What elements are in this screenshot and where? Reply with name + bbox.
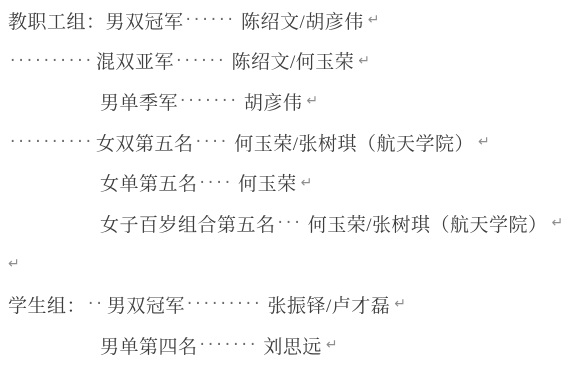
event-name: 女双第五名: [96, 129, 194, 156]
dot-leader: ······: [176, 51, 226, 71]
winner-names: 陈绍文/何玉荣: [232, 47, 355, 74]
result-line-faculty-mixed-doubles: ·········· 混双亚军 ······ 陈绍文/何玉荣 ↵: [8, 41, 579, 82]
event-name: 男双冠军: [107, 291, 185, 318]
paragraph-mark-icon: ↵: [326, 337, 338, 353]
result-line-faculty-womens-singles: 女单第五名 ···· 何玉荣 ↵: [8, 162, 579, 203]
paragraph-mark-icon: ↵: [368, 12, 380, 28]
event-name: 男单季军: [100, 88, 178, 115]
paragraph-mark-icon: ↵: [552, 215, 564, 231]
leading-dots: ··········: [10, 132, 94, 152]
winner-names: 刘思远: [263, 332, 322, 359]
group-label: 教职工组：: [8, 7, 106, 34]
dot-leader: ·······: [180, 91, 239, 111]
result-line-faculty-womens-combo: 女子百岁组合第五名 ··· 何玉荣/张树琪（航天学院） ↵: [8, 203, 579, 244]
winner-names: 张振铎/卢才磊: [267, 291, 390, 318]
paragraph-mark-icon: ↵: [478, 134, 490, 150]
event-name: 女单第五名: [100, 169, 198, 196]
winner-names: 何玉荣: [238, 169, 297, 196]
document-page[interactable]: 教职工组： 男双冠军 ······ 陈绍文/胡彦伟 ↵ ·········· 混…: [0, 0, 579, 366]
winner-names: 胡彦伟: [244, 88, 303, 115]
winner-names: 何玉荣/张树琪（航天学院）: [234, 129, 474, 156]
paragraph-mark-icon: ↵: [394, 296, 406, 312]
paragraph-mark-icon: ↵: [301, 175, 313, 191]
result-line-student-mens-singles: 男单第四名 ······· 刘思远 ↵: [8, 325, 579, 366]
dot-leader: ····: [200, 173, 234, 193]
result-line-faculty-womens-doubles: ·········· 女双第五名 ···· 何玉荣/张树琪（航天学院） ↵: [8, 122, 579, 163]
dot-leader: ····: [196, 132, 230, 152]
dot-leader: ···: [278, 213, 303, 233]
result-line-faculty-mens-doubles: 教职工组： 男双冠军 ······ 陈绍文/胡彦伟 ↵: [8, 0, 579, 41]
event-name: 女子百岁组合第五名: [100, 210, 276, 237]
winner-names: 何玉荣/张树琪（航天学院）: [308, 210, 548, 237]
event-name: 混双亚军: [96, 47, 174, 74]
winner-names: 陈绍文/胡彦伟: [241, 7, 364, 34]
paragraph-mark-icon: ↵: [358, 53, 370, 69]
result-line-faculty-mens-singles: 男单季军 ······· 胡彦伟 ↵: [8, 81, 579, 122]
event-name: 男双冠军: [106, 7, 184, 34]
leading-dots: ··········: [10, 51, 94, 71]
dot-leader: ······: [186, 10, 236, 30]
gap-dots: ··: [88, 294, 105, 314]
empty-line: ↵: [8, 244, 579, 285]
event-name: 男单第四名: [100, 332, 198, 359]
result-line-student-mens-doubles: 学生组： ·· 男双冠军 ········· 张振铎/卢才磊 ↵: [8, 284, 579, 325]
group-label: 学生组：: [8, 291, 86, 318]
paragraph-mark-icon: ↵: [8, 256, 20, 272]
paragraph-mark-icon: ↵: [306, 93, 318, 109]
dot-leader: ·······: [200, 335, 259, 355]
dot-leader: ·········: [187, 294, 263, 314]
